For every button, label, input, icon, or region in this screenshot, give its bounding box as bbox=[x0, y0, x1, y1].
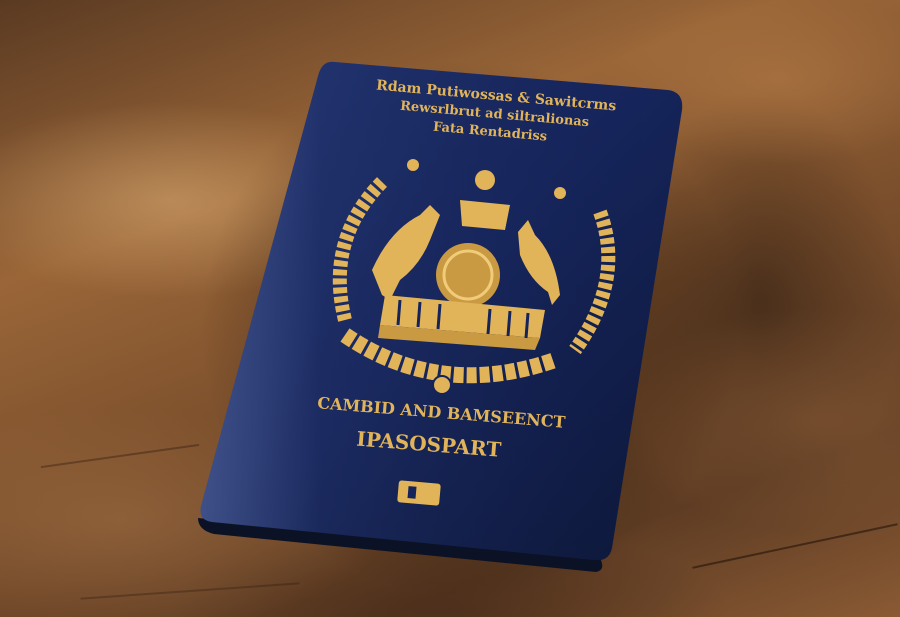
biometric-chip-icon bbox=[397, 480, 441, 506]
passport[interactable]: Rdam Putiwossas & Sawitcrms Rewsrlbrut a… bbox=[0, 0, 900, 617]
